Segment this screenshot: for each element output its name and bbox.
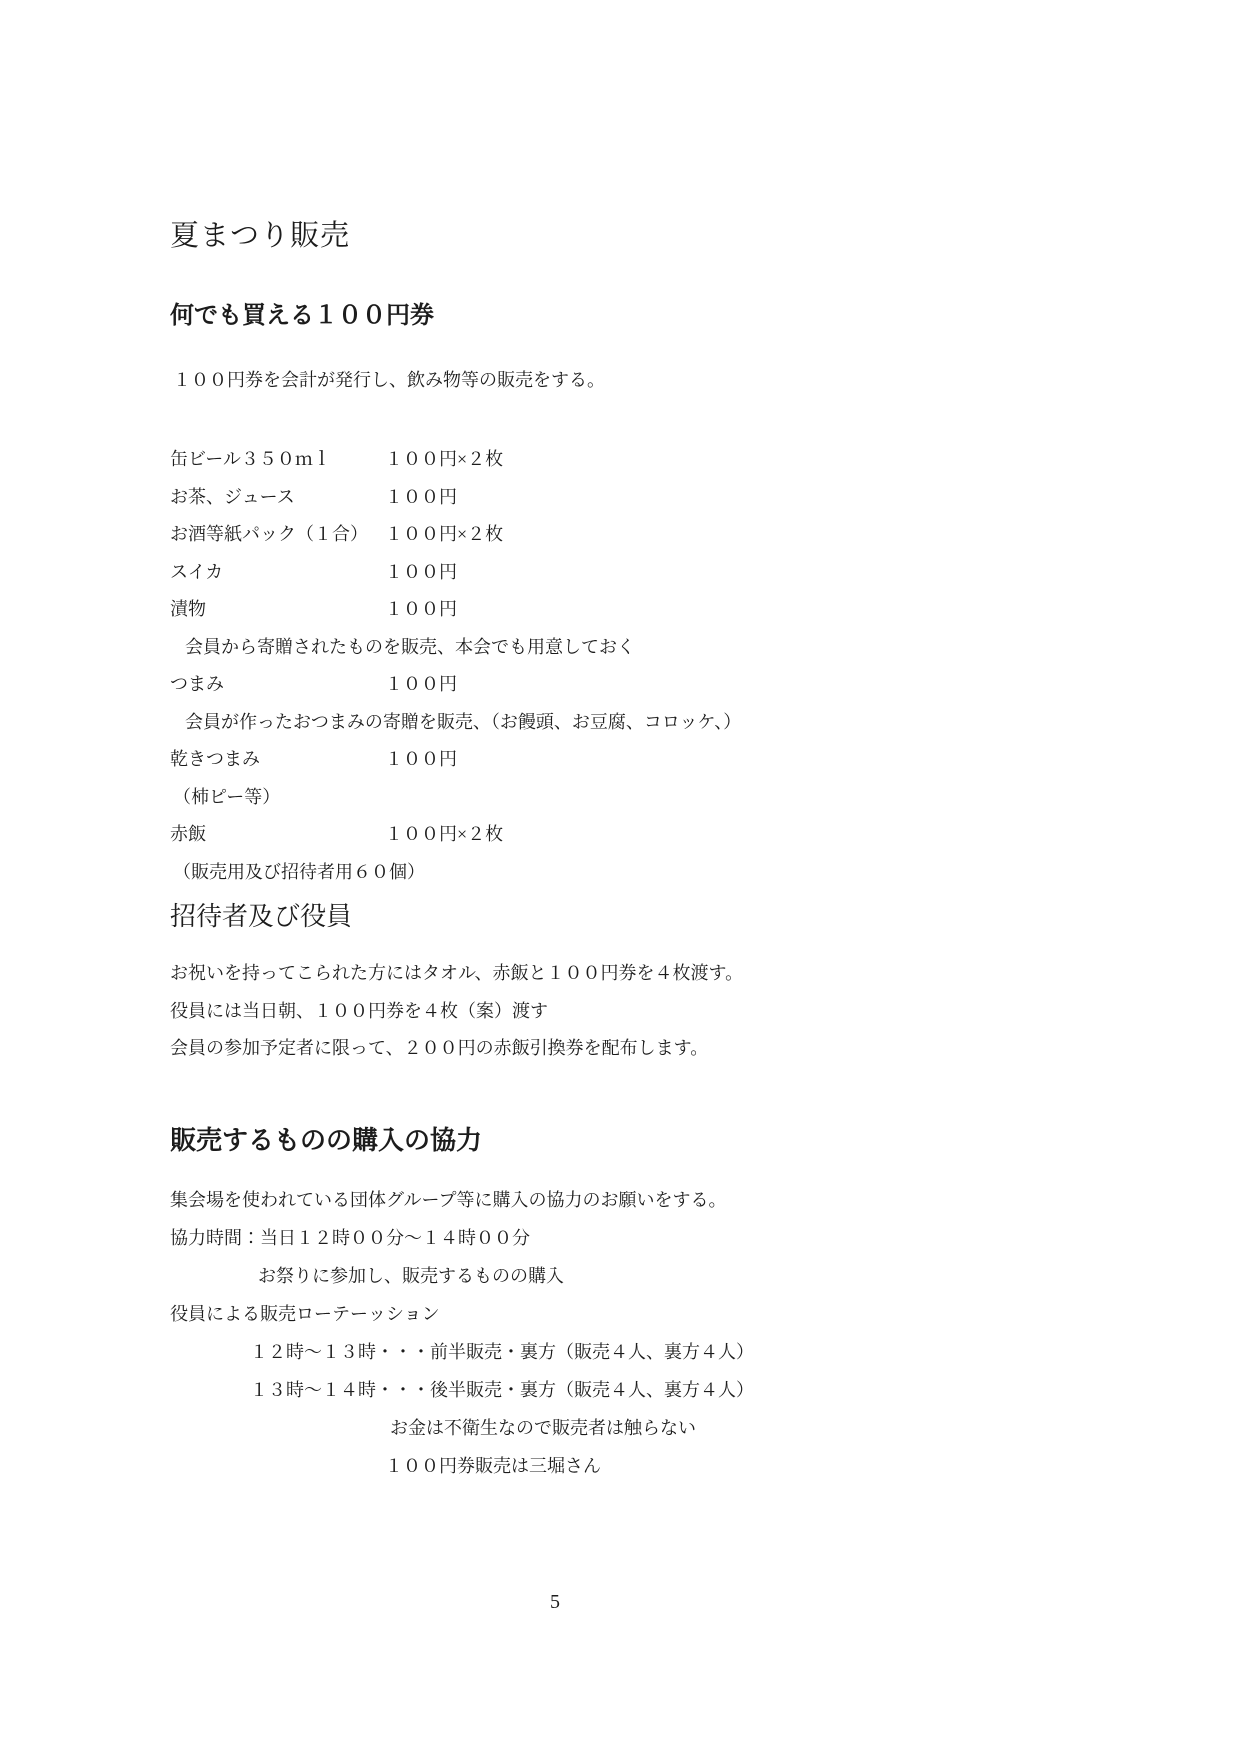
text-line: １２時～１３時・・・前半販売・裏方（販売４人、裏方４人） [170, 1333, 950, 1371]
text-line: 会員の参加予定者に限って、２００円の赤飯引換券を配布します。 [170, 1030, 950, 1068]
text-line: お祭りに参加し、販売するものの購入 [170, 1257, 950, 1295]
price-list-row: スイカ １００円 [170, 554, 950, 592]
price-list-row: 赤飯 １００円×２枚 [170, 816, 950, 854]
item-name: お茶、ジュース [170, 479, 385, 517]
item-note: （販売用及び招待者用６０個） [170, 854, 950, 892]
item-name: お酒等紙パック（１合） [170, 516, 385, 554]
item-note: 会員から寄贈されたものを販売、本会でも用意しておく [170, 629, 950, 667]
section-heading-tickets: 何でも買える１００円券 [170, 300, 950, 332]
price-list: 缶ビール３５０ｍｌ １００円×２枚 お茶、ジュース １００円 お酒等紙パック（１… [170, 441, 950, 891]
item-name: 赤飯 [170, 816, 385, 854]
text-line: １００円券販売は三堀さん [170, 1447, 950, 1485]
document-content: 夏まつり販売 何でも買える１００円券 １００円券を会計が発行し、飲み物等の販売を… [170, 0, 950, 1485]
item-price: １００円 [385, 741, 950, 779]
price-list-row: 漬物 １００円 [170, 591, 950, 629]
section-heading-purchase: 販売するものの購入の協力 [170, 1121, 950, 1161]
tickets-intro-text: １００円券を会計が発行し、飲み物等の販売をする。 [170, 366, 950, 394]
item-name: つまみ [170, 666, 385, 704]
item-name: 漬物 [170, 591, 385, 629]
item-price: １００円 [385, 479, 950, 517]
item-note: （柿ピー等） [170, 779, 950, 817]
purchase-paragraph: 集会場を使われている団体グループ等に購入の協力のお願いをする。 協力時間：当日１… [170, 1181, 950, 1485]
item-price: １００円 [385, 666, 950, 704]
item-name: スイカ [170, 554, 385, 592]
item-price: １００円 [385, 591, 950, 629]
item-price: １００円×２枚 [385, 816, 950, 854]
price-list-row: つまみ １００円 [170, 666, 950, 704]
price-list-row: 缶ビール３５０ｍｌ １００円×２枚 [170, 441, 950, 479]
page-number: 5 [170, 1588, 940, 1616]
price-list-row: お酒等紙パック（１合） １００円×２枚 [170, 516, 950, 554]
item-price: １００円×２枚 [385, 516, 950, 554]
section-heading-guests: 招待者及び役員 [170, 897, 950, 937]
document-page: 夏まつり販売 何でも買える１００円券 １００円券を会計が発行し、飲み物等の販売を… [0, 0, 1241, 1754]
document-title: 夏まつり販売 [170, 218, 950, 254]
price-list-row: 乾きつまみ １００円 [170, 741, 950, 779]
guests-paragraph: お祝いを持ってこられた方にはタオル、赤飯と１００円券を４枚渡す。 役員には当日朝… [170, 955, 950, 1068]
text-line: 役員には当日朝、１００円券を４枚（案）渡す [170, 993, 950, 1031]
item-name: 缶ビール３５０ｍｌ [170, 441, 385, 479]
text-line: お金は不衛生なので販売者は触らない [170, 1409, 950, 1447]
text-line: 集会場を使われている団体グループ等に購入の協力のお願いをする。 [170, 1181, 950, 1219]
price-list-row: お茶、ジュース １００円 [170, 479, 950, 517]
text-line: お祝いを持ってこられた方にはタオル、赤飯と１００円券を４枚渡す。 [170, 955, 950, 993]
item-note: 会員が作ったおつまみの寄贈を販売、（お饅頭、お豆腐、コロッケ、） [170, 704, 950, 742]
text-line: 協力時間：当日１２時００分～１４時００分 [170, 1219, 950, 1257]
text-line: 役員による販売ローテーッション [170, 1295, 950, 1333]
item-price: １００円 [385, 554, 950, 592]
text-line: １３時～１４時・・・後半販売・裏方（販売４人、裏方４人） [170, 1371, 950, 1409]
item-name: 乾きつまみ [170, 741, 385, 779]
item-price: １００円×２枚 [385, 441, 950, 479]
